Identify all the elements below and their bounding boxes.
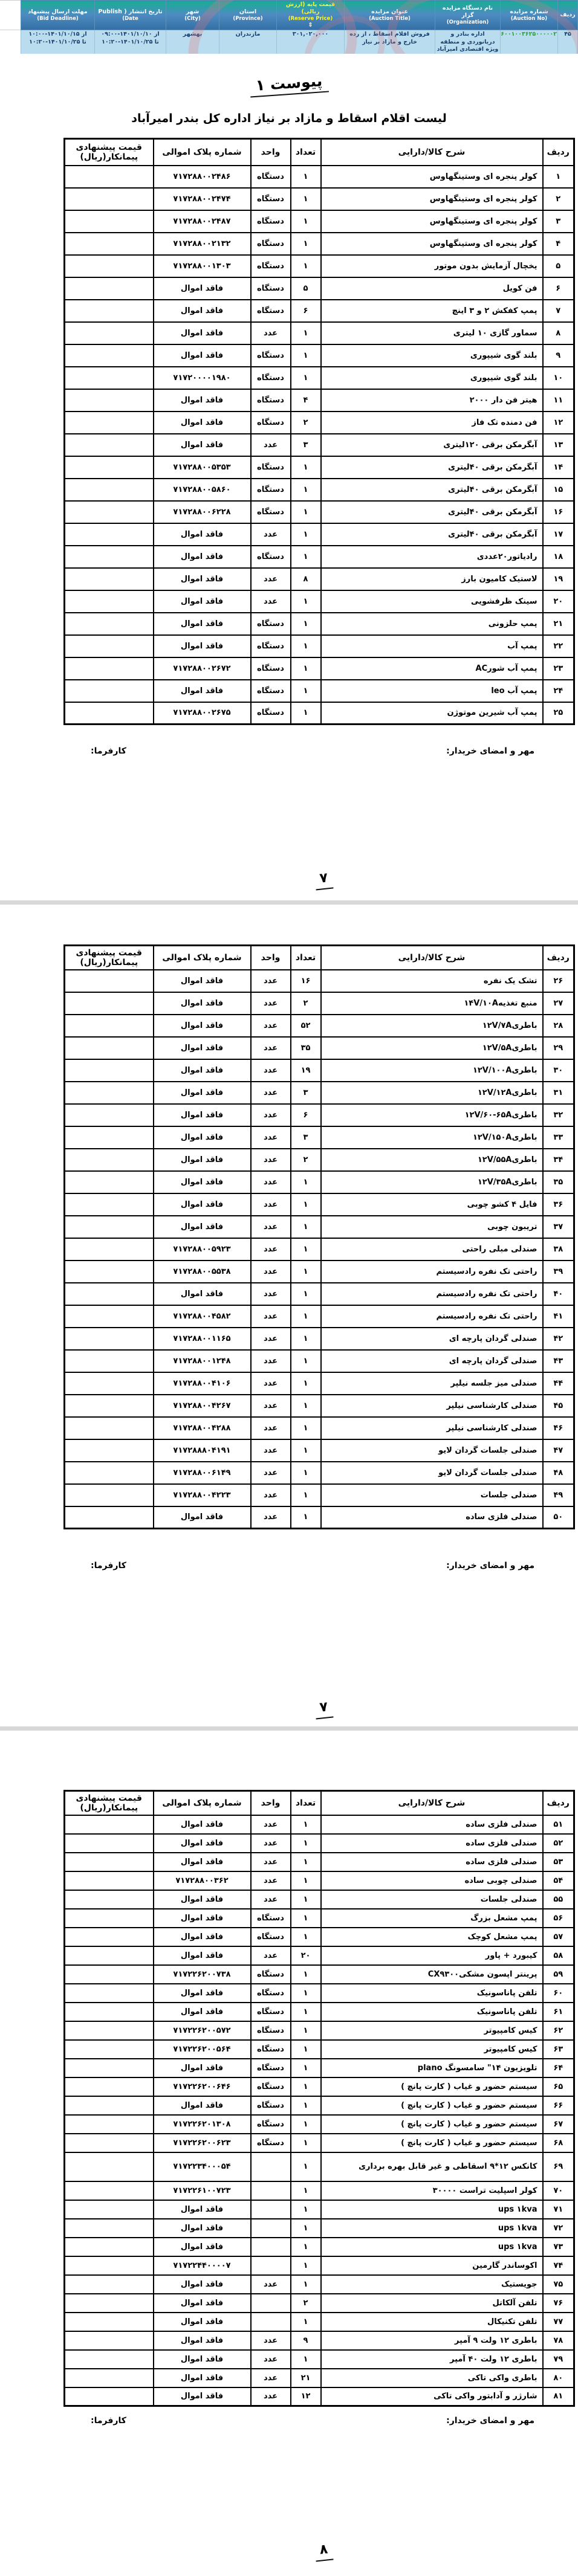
unit-cell: دستگاه: [251, 2003, 291, 2021]
row-number-cell: ۴۰: [543, 1283, 574, 1305]
unit-cell: عدد: [251, 1328, 291, 1350]
inventory-row: ۵۴صندلی چوبی ساده۱عدد۷۱۷۲۸۸۰۰۳۶۲: [65, 1871, 574, 1890]
row-number-cell: ۶۰: [543, 1984, 574, 2003]
quantity-cell: ۳: [291, 1126, 321, 1149]
row-number-cell: ۷۵: [543, 2275, 574, 2294]
property-plate-cell: ۷۱۷۲۲۶۲۰۰۶۴۶: [154, 2077, 251, 2096]
unit-cell: دستگاه: [251, 300, 291, 322]
unit-cell: عدد: [251, 1946, 291, 1965]
unit-cell: دستگاه: [251, 166, 291, 188]
contractor-price-cell: [65, 1417, 154, 1439]
inventory-row: ۴۹صندلی جلسات۱عدد۷۱۷۲۸۸۰۰۴۲۲۳: [65, 1484, 574, 1506]
quantity-cell: ۱۶: [291, 970, 321, 992]
quantity-cell: ۱: [291, 1853, 321, 1871]
unit-cell: دستگاه: [251, 2077, 291, 2096]
contractor-price-cell: [65, 1462, 154, 1484]
item-description-cell: صندلی کارشناسی نیلپر: [321, 1395, 543, 1417]
quantity-cell: ۱: [291, 1439, 321, 1462]
inventory-row: ۶۹کانکس ۱۲*۹ اسقاطی و غیر قابل بهره بردا…: [65, 2152, 574, 2181]
property-plate-cell: فاقد اموال: [154, 1984, 251, 2003]
row-number-cell: ۶۶: [543, 2096, 574, 2115]
row-number-cell: ۷۲: [543, 2219, 574, 2238]
property-plate-cell: ۷۱۷۲۸۸۰۰۶۱۴۹: [154, 1462, 251, 1484]
item-description-cell: باطری۱۲V/۵A: [321, 1037, 543, 1059]
item-description-cell: پمپ حلزونی: [321, 613, 543, 635]
col-city: شهر(City): [166, 1, 219, 30]
row-number-cell: ۳: [543, 210, 574, 233]
inventory-row: ۴کولر پنجره ای وستینگهاوس۱دستگاه۷۱۷۲۸۸۰۰…: [65, 233, 574, 255]
unit-cell: عدد: [251, 1305, 291, 1328]
inventory-row: ۱۳آبگرمکن برقی ۱۲۰لیتری۳عددفاقد اموال: [65, 434, 574, 456]
property-plate-cell: فاقد اموال: [154, 2059, 251, 2077]
property-plate-cell: فاقد اموال: [154, 1928, 251, 1946]
property-plate-cell: فاقد اموال: [154, 277, 251, 300]
inventory-row: ۱۰بلند گوی شیپوری۱دستگاه۷۱۷۲۰۰۰۰۱۹۸۰: [65, 367, 574, 389]
col-reserve-price: قیمت پایه (ارزش ریالی)(Reserve Price) ⇕: [277, 1, 345, 30]
property-plate-cell: فاقد اموال: [154, 1059, 251, 1082]
unit-cell: عدد: [251, 1037, 291, 1059]
inventory-row: ۷۷تلفن تکنیکال۱فاقد اموال: [65, 2313, 574, 2331]
row-number-cell: ۴۲: [543, 1328, 574, 1350]
item-description-cell: هیتر فن دار ۲۰۰۰: [321, 389, 543, 412]
item-description-cell: آبگرمکن برقی ۴۰لیتری: [321, 501, 543, 523]
quantity-cell: ۱: [291, 1506, 321, 1529]
unit-cell: عدد: [251, 1015, 291, 1037]
buyer-signature-label: مهر و امضای خریدار:: [446, 2416, 534, 2426]
row-number-cell: ۳۰: [543, 1059, 574, 1082]
quantity-cell: ۱: [291, 1834, 321, 1853]
unit-cell: عدد: [251, 1417, 291, 1439]
item-description-cell: سماور گازی ۱۰ لیتری: [321, 322, 543, 344]
contractor-price-cell: [65, 188, 154, 210]
inventory-row: ۶۷سیستم حضور و غیاب ( کارت پانچ )۱دستگاه…: [65, 2115, 574, 2134]
property-plate-cell: فاقد اموال: [154, 2350, 251, 2369]
inventory-row: ۳کولر پنجره ای وستینگهاوس۱دستگاه۷۱۷۲۸۸۰۰…: [65, 210, 574, 233]
unit-cell: عدد: [251, 322, 291, 344]
auction-summary-table: ردیف شماره مزایده(Auction No) نام دستگاه…: [0, 0, 578, 62]
contractor-price-cell: [65, 2077, 154, 2096]
blank-cell: [0, 30, 21, 54]
unit-cell: دستگاه: [251, 680, 291, 702]
row-number-cell: ۴۴: [543, 1372, 574, 1395]
quantity-cell: ۳: [291, 434, 321, 456]
contractor-price-cell: [65, 2040, 154, 2059]
col-auction-title-label: عنوان مزایده: [371, 8, 408, 15]
quantity-cell: ۱: [291, 1171, 321, 1193]
inventory-row: ۲۱پمپ حلزونی۱دستگاهفاقد اموال: [65, 613, 574, 635]
item-description-cell: باطری۱۲V/۱۲A: [321, 1082, 543, 1104]
quantity-cell: ۱: [291, 2275, 321, 2294]
property-plate-cell: ۷۱۷۲۸۸۰۰۴۲۸۸: [154, 1417, 251, 1439]
contractor-price-cell: [65, 2200, 154, 2219]
quantity-cell: ۱: [291, 1193, 321, 1216]
unit-cell: [251, 2200, 291, 2219]
unit-cell: دستگاه: [251, 412, 291, 434]
item-description-cell: صندلی چوبی ساده: [321, 1871, 543, 1890]
unit-cell: دستگاه: [251, 1909, 291, 1928]
inventory-row: ۸۱شارژر و آدابتور واکی تاکی۱۲عددفاقد امو…: [65, 2387, 574, 2406]
contractor-price-cell: [65, 2350, 154, 2369]
quantity-cell: ۱: [291, 1815, 321, 1834]
property-plate-cell: ۷۱۷۲۸۸۰۰۵۸۶۰: [154, 479, 251, 501]
col-auction-title: عنوان مزایده(Auction Title): [345, 1, 435, 30]
inventory-row: ۱۶آبگرمکن برقی ۴۰لیتری۱دستگاه۷۱۷۲۸۸۰۰۶۲۲…: [65, 501, 574, 523]
row-number-cell: ۵۲: [543, 1834, 574, 1853]
row-number-cell: ۲: [543, 188, 574, 210]
quantity-cell: ۱: [291, 613, 321, 635]
property-plate-cell: فاقد اموال: [154, 1216, 251, 1238]
contractor-price-cell: [65, 2059, 154, 2077]
row-number-cell: ۵۳: [543, 1853, 574, 1871]
contractor-price-cell: [65, 2115, 154, 2134]
page-divider: [0, 1726, 578, 1731]
auction-organization: اداره بنادر و دریانوردی و منطقه ویژه اقت…: [435, 30, 501, 54]
auction-publish-date: از ۱۴۰۱/۱۰/۱۰-۰۹:۰۰تا ۱۴۰۱/۱۰/۲۵-۱۰:۲۰: [95, 30, 166, 54]
item-description-cell: باطری۱۲V/۶۰-۶۵A: [321, 1104, 543, 1126]
property-plate-cell: فاقد اموال: [154, 613, 251, 635]
quantity-cell: ۱: [291, 680, 321, 702]
item-description-cell: آبگرمکن برقی ۴۰لیتری: [321, 456, 543, 479]
contractor-price-cell: [65, 992, 154, 1015]
row-number-cell: ۱: [543, 166, 574, 188]
inventory-row: ۳۰باطری۱۲V/۱۰۰A۱۹عددفاقد اموال: [65, 1059, 574, 1082]
contractor-price-cell: [65, 2313, 154, 2331]
quantity-cell: ۱: [291, 635, 321, 657]
unit-cell: عدد: [251, 2331, 291, 2350]
buyer-signature-label: مهر و امضای خریدار:: [446, 746, 534, 756]
quantity-cell: ۱: [291, 1350, 321, 1372]
property-plate-cell: ۷۱۷۲۲۶۲۰۰۶۲۳: [154, 2134, 251, 2152]
property-plate-cell: فاقد اموال: [154, 568, 251, 590]
inventory-row: ۱۲فن دمنده تک فاز۲دستگاهفاقد اموال: [65, 412, 574, 434]
contractor-price-cell: [65, 2152, 154, 2181]
property-plate-cell: ۷۱۷۲۲۴۴۰۰۰۰۷: [154, 2256, 251, 2275]
property-plate-cell: ۷۱۷۲۸۸۰۰۴۵۸۲: [154, 1305, 251, 1328]
row-number-cell: ۳۷: [543, 1216, 574, 1238]
row-number-cell: ۱۲: [543, 412, 574, 434]
inventory-row: ۱۸رادیاتور۲۰عددی۱دستگاهفاقد اموال: [65, 546, 574, 568]
unit-cell: دستگاه: [251, 702, 291, 725]
quantity-cell: ۱: [291, 479, 321, 501]
inventory-row: ۵۳صندلی فلزی ساده۱عددفاقد اموال: [65, 1853, 574, 1871]
publish-from: از ۱۴۰۱/۱۰/۱۰-۰۹:۰۰: [101, 31, 159, 37]
quantity-cell: ۱: [291, 2350, 321, 2369]
header-unit: واحد: [251, 1791, 291, 1815]
header-quantity: تعداد: [291, 139, 321, 166]
unit-cell: عدد: [251, 1104, 291, 1126]
row-number-cell: ۷۸: [543, 2331, 574, 2350]
contractor-price-cell: [65, 2294, 154, 2313]
property-plate-cell: ۷۱۷۲۸۸۰۰۴۱۰۶: [154, 1372, 251, 1395]
item-description-cell: سیستم حضور و غیاب ( کارت پانچ ): [321, 2134, 543, 2152]
page-number: ۷: [0, 871, 578, 889]
unit-cell: دستگاه: [251, 389, 291, 412]
quantity-cell: ۲: [291, 2294, 321, 2313]
unit-cell: عدد: [251, 590, 291, 613]
document-page-1: پیوست ۱ لیست اقلام اسقاط و مازاد بر نیاز…: [0, 54, 578, 900]
row-number-cell: ۷۹: [543, 2350, 574, 2369]
deadline-to: تا ۱۴۰۱/۱۰/۲۵-۱۰:۲۰: [29, 39, 86, 45]
item-description-cell: سیستم حضور و غیاب ( کارت پانچ ): [321, 2077, 543, 2096]
quantity-cell: ۱: [291, 2238, 321, 2256]
quantity-cell: ۱: [291, 1395, 321, 1417]
item-description-cell: فایل ۴ کشو چوبی: [321, 1193, 543, 1216]
inventory-row: ۱۱هیتر فن دار ۲۰۰۰۴دستگاهفاقد اموال: [65, 389, 574, 412]
contractor-price-cell: [65, 1815, 154, 1834]
page-number: ۸: [0, 2542, 578, 2561]
auction-number[interactable]: ۶۰۰۱۰۰۳۶۲۵۰۰۰۰۰۲: [501, 30, 558, 54]
item-description-cell: پمپ مشعل کوچک: [321, 1928, 543, 1946]
unit-cell: عدد: [251, 1126, 291, 1149]
contractor-price-cell: [65, 1984, 154, 2003]
contractor-price-cell: [65, 1946, 154, 1965]
col-organization: نام دستگاه مزایده گزار(Organization): [435, 1, 501, 30]
col-blank: [0, 1, 21, 30]
inventory-row: ۴۴صندلی میز جلسه نیلپر۱عدد۷۱۷۲۸۸۰۰۴۱۰۶: [65, 1372, 574, 1395]
inventory-row: ۱۷آبگرمکن برقی ۴۰لیتری۱عددفاقد اموال: [65, 523, 574, 546]
header-unit: واحد: [251, 946, 291, 970]
contractor-price-cell: [65, 456, 154, 479]
contractor-price-cell: [65, 1059, 154, 1082]
row-number-cell: ۳۸: [543, 1238, 574, 1261]
col-publish-date-label: تاریخ انتشار ( Publish: [98, 8, 162, 15]
row-number-cell: ۳۲: [543, 1104, 574, 1126]
contractor-price-cell: [65, 523, 154, 546]
inventory-row: ۳۲باطری۱۲V/۶۰-۶۵A۶عددفاقد اموال: [65, 1104, 574, 1126]
row-number-cell: ۴: [543, 233, 574, 255]
col-publish-date: تاریخ انتشار ( PublishDate): [95, 1, 166, 30]
property-plate-cell: ۷۱۷۲۸۸۰۰۱۱۶۵: [154, 1328, 251, 1350]
quantity-cell: ۱: [291, 1871, 321, 1890]
item-description-cell: تلفن تکنیکال: [321, 2313, 543, 2331]
item-description-cell: آبگرمکن برقی ۱۲۰لیتری: [321, 434, 543, 456]
row-number-cell: ۷۱: [543, 2200, 574, 2219]
col-auction-no-en: (Auction No): [501, 16, 557, 22]
col-row-label: ردیف: [560, 11, 575, 18]
row-number-cell: ۷۳: [543, 2238, 574, 2256]
item-description-cell: باطری واکی تاکی: [321, 2369, 543, 2387]
unit-cell: دستگاه: [251, 367, 291, 389]
quantity-cell: ۸: [291, 568, 321, 590]
header-property-plate: شماره پلاک اموالی: [154, 1791, 251, 1815]
unit-cell: دستگاه: [251, 255, 291, 277]
item-description-cell: صندلی فلزی ساده: [321, 1853, 543, 1871]
property-plate-cell: فاقد اموال: [154, 1946, 251, 1965]
property-plate-cell: فاقد اموال: [154, 2096, 251, 2115]
quantity-cell: ۱: [291, 1417, 321, 1439]
contractor-price-cell: [65, 546, 154, 568]
property-plate-cell: ۷۱۷۲۲۳۴۰۰۰۵۴: [154, 2152, 251, 2181]
quantity-cell: ۵: [291, 277, 321, 300]
unit-cell: عدد: [251, 2350, 291, 2369]
contractor-price-cell: [65, 613, 154, 635]
header-contractor-price: قیمت پیشنهادی پیمانکار(ریال): [65, 139, 154, 166]
item-description-cell: لاستیک کامیون بارز: [321, 568, 543, 590]
item-description-cell: کولر پنجره ای وستینگهاوس: [321, 210, 543, 233]
row-number-cell: ۲۲: [543, 635, 574, 657]
quantity-cell: ۱۲: [291, 2387, 321, 2406]
unit-cell: دستگاه: [251, 2096, 291, 2115]
unit-cell: دستگاه: [251, 1928, 291, 1946]
page-divider: [0, 900, 578, 905]
contractor-price-cell: [65, 2219, 154, 2238]
item-description-cell: پمپ آب leo: [321, 680, 543, 702]
unit-cell: دستگاه: [251, 2134, 291, 2152]
contractor-price-cell: [65, 1305, 154, 1328]
signature-row: مهر و امضای خریدار: کارفرما:: [0, 1561, 578, 1579]
property-plate-cell: ۷۱۷۲۸۸۰۰۱۳۰۳: [154, 255, 251, 277]
inventory-table-page-3: ردیف شرح کالا/دارایی تعداد واحد شماره پل…: [63, 1790, 575, 2407]
item-description-cell: صندلی جلسات: [321, 1484, 543, 1506]
unit-cell: عدد: [251, 1890, 291, 1909]
item-description-cell: جویستیک: [321, 2275, 543, 2294]
unit-cell: دستگاه: [251, 613, 291, 635]
quantity-cell: ۱: [291, 1261, 321, 1283]
auction-row-number: ۴۵: [558, 30, 578, 54]
quantity-cell: ۳: [291, 1082, 321, 1104]
unit-cell: دستگاه: [251, 501, 291, 523]
property-plate-cell: ۷۱۷۲۲۶۱۰۰۷۲۳: [154, 2181, 251, 2200]
col-auction-title-en: (Auction Title): [345, 16, 434, 22]
inventory-row: ۵۱صندلی فلزی ساده۱عددفاقد اموال: [65, 1815, 574, 1834]
inventory-row: ۶۳کیس کامپیوتر۱دستگاه۷۱۷۲۲۶۲۰۰۵۶۴: [65, 2040, 574, 2059]
contractor-price-cell: [65, 1216, 154, 1238]
item-description-cell: کولر اسپلیت تراست ۳۰۰۰۰: [321, 2181, 543, 2200]
inventory-row: ۴۱راحتی تک نفره رادسیستم۱عدد۷۱۷۲۸۸۰۰۴۵۸۲: [65, 1305, 574, 1328]
row-number-cell: ۴۱: [543, 1305, 574, 1328]
quantity-cell: ۱: [291, 2021, 321, 2040]
unit-cell: دستگاه: [251, 188, 291, 210]
unit-cell: دستگاه: [251, 344, 291, 367]
employer-label: کارفرما:: [91, 2416, 126, 2426]
contractor-price-cell: [65, 412, 154, 434]
quantity-cell: ۱: [291, 322, 321, 344]
contractor-price-cell: [65, 1439, 154, 1462]
header-item-description: شرح کالا/دارایی: [321, 139, 543, 166]
property-plate-cell: فاقد اموال: [154, 1126, 251, 1149]
contractor-price-cell: [65, 568, 154, 590]
item-description-cell: سیستم حضور و غیاب ( کارت پانچ ): [321, 2096, 543, 2115]
header-property-plate: شماره پلاک اموالی: [154, 139, 251, 166]
unit-cell: دستگاه: [251, 657, 291, 680]
inventory-header-row: ردیف شرح کالا/دارایی تعداد واحد شماره پل…: [65, 1791, 574, 1815]
property-plate-cell: فاقد اموال: [154, 2331, 251, 2350]
property-plate-cell: فاقد اموال: [154, 389, 251, 412]
unit-cell: عدد: [251, 1834, 291, 1853]
inventory-row: ۶۰تلفن پاناسونیک۱دستگاهفاقد اموال: [65, 1984, 574, 2003]
property-plate-cell: فاقد اموال: [154, 2238, 251, 2256]
quantity-cell: ۱: [291, 2152, 321, 2181]
item-description-cell: آبگرمکن برقی ۴۰لیتری: [321, 479, 543, 501]
item-description-cell: باطری ۱۲ ولت ۹ آمپر: [321, 2331, 543, 2350]
row-number-cell: ۴۶: [543, 1417, 574, 1439]
row-number-cell: ۳۶: [543, 1193, 574, 1216]
inventory-row: ۳۴باطری۱۲V/۵۵A۲عددفاقد اموال: [65, 1149, 574, 1171]
quantity-cell: ۱: [291, 2219, 321, 2238]
item-description-cell: رادیاتور۲۰عددی: [321, 546, 543, 568]
contractor-price-cell: [65, 970, 154, 992]
quantity-cell: ۲: [291, 992, 321, 1015]
unit-cell: دستگاه: [251, 2115, 291, 2134]
document-page-3: ردیف شرح کالا/دارایی تعداد واحد شماره پل…: [0, 1731, 578, 2576]
row-number-cell: ۳۵: [543, 1171, 574, 1193]
col-bid-deadline-en: (Bid Deadline): [22, 16, 94, 22]
quantity-cell: ۶: [291, 1104, 321, 1126]
contractor-price-cell: [65, 1126, 154, 1149]
auction-header-row: ردیف شماره مزایده(Auction No) نام دستگاه…: [0, 1, 578, 30]
row-number-cell: ۵۶: [543, 1909, 574, 1928]
contractor-price-cell: [65, 590, 154, 613]
unit-cell: عدد: [251, 1871, 291, 1890]
inventory-row: ۷۶تلفن آلکاتل۲فاقد اموال: [65, 2294, 574, 2313]
unit-cell: عدد: [251, 2275, 291, 2294]
unit-cell: عدد: [251, 1372, 291, 1395]
inventory-row: ۶۲کیس کامپیوتر۱دستگاه۷۱۷۲۲۶۲۰۰۵۷۲: [65, 2021, 574, 2040]
property-plate-cell: فاقد اموال: [154, 1082, 251, 1104]
item-description-cell: راحتی تک نفره رادسیستم: [321, 1283, 543, 1305]
header-row-number: ردیف: [543, 1791, 574, 1815]
header-quantity: تعداد: [291, 946, 321, 970]
item-description-cell: کیس کامپیوتر: [321, 2021, 543, 2040]
row-number-cell: ۶۵: [543, 2077, 574, 2096]
quantity-cell: ۱: [291, 1890, 321, 1909]
item-description-cell: پمپ آب شورAC: [321, 657, 543, 680]
item-description-cell: صندلی فلزی ساده: [321, 1506, 543, 1529]
quantity-cell: ۱: [291, 367, 321, 389]
contractor-price-cell: [65, 657, 154, 680]
item-description-cell: کانکس ۱۲*۹ اسقاطی و غیر قابل بهره برداری: [321, 2152, 543, 2181]
row-number-cell: ۷۴: [543, 2256, 574, 2275]
inventory-row: ۵۵صندلی جلسات۱عددفاقد اموال: [65, 1890, 574, 1909]
unit-cell: [251, 2219, 291, 2238]
row-number-cell: ۱۸: [543, 546, 574, 568]
header-item-description: شرح کالا/دارایی: [321, 1791, 543, 1815]
inventory-row: ۲۹باطری۱۲V/۵A۳۵عددفاقد اموال: [65, 1037, 574, 1059]
contractor-price-cell: [65, 1193, 154, 1216]
item-description-cell: شارژر و آدابتور واکی تاکی: [321, 2387, 543, 2406]
unit-cell: عدد: [251, 2387, 291, 2406]
contractor-price-cell: [65, 2181, 154, 2200]
quantity-cell: ۱: [291, 1283, 321, 1305]
contractor-price-cell: [65, 210, 154, 233]
item-description-cell: باطری۱۲V/۵۵A: [321, 1149, 543, 1171]
item-description-cell: تلفن پاناسونیک: [321, 1984, 543, 2003]
col-province-en: (Province): [220, 16, 276, 22]
row-number-cell: ۴۹: [543, 1484, 574, 1506]
contractor-price-cell: [65, 1965, 154, 1984]
property-plate-cell: فاقد اموال: [154, 590, 251, 613]
unit-cell: عدد: [251, 1059, 291, 1082]
contractor-price-cell: [65, 2369, 154, 2387]
sort-icon[interactable]: ⇕: [308, 22, 313, 28]
unit-cell: دستگاه: [251, 2021, 291, 2040]
inventory-row: ۵۶پمپ مشعل بزرگ۱دستگاهفاقد اموال: [65, 1909, 574, 1928]
inventory-row: ۹بلند گوی شیپوری۱دستگاهفاقد اموال: [65, 344, 574, 367]
quantity-cell: ۲: [291, 412, 321, 434]
contractor-price-cell: [65, 1506, 154, 1529]
item-description-cell: ups ۱kva: [321, 2200, 543, 2219]
contractor-price-cell: [65, 233, 154, 255]
row-number-cell: ۴۵: [543, 1395, 574, 1417]
property-plate-cell: فاقد اموال: [154, 635, 251, 657]
unit-cell: دستگاه: [251, 546, 291, 568]
inventory-row: ۷۱ups ۱kva۱فاقد اموال: [65, 2200, 574, 2219]
item-description-cell: منبع تغذیه۱۴V/۱۰A: [321, 992, 543, 1015]
property-plate-cell: فاقد اموال: [154, 2294, 251, 2313]
deadline-from: از ۱۴۰۱/۱۰/۱۵-۱۰:۰۰: [28, 31, 86, 37]
quantity-cell: ۱: [291, 1372, 321, 1395]
row-number-cell: ۱۶: [543, 501, 574, 523]
